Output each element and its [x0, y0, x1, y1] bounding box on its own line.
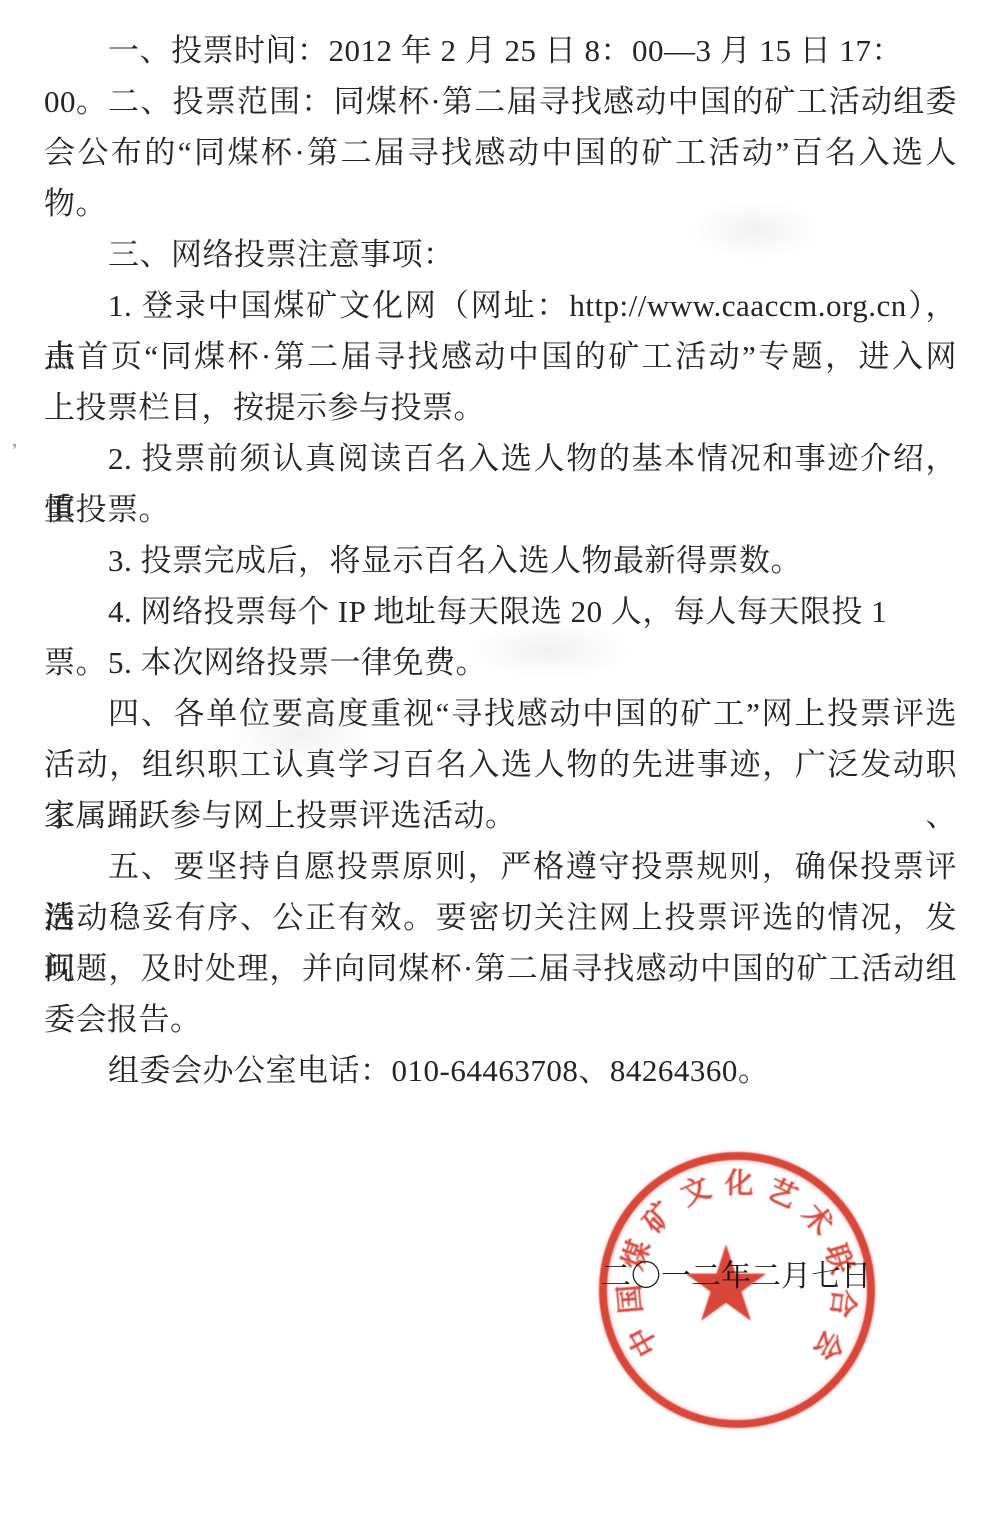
scan-speck-artifact: ’: [10, 440, 20, 464]
document-line: 2. 投票前须认真阅读百名入选人物的基本情况和事迹介绍，慎: [44, 433, 957, 484]
scanned-document-page: 一、投票时间：2012 年 2 月 25 日 8：00—3 月 15 日 17：…: [0, 0, 1000, 1513]
document-line: 活动，组织职工认真学习百名入选人物的先进事迹，广泛发动职工、: [44, 739, 957, 790]
date-stamp: 二〇一二年二月七日: [601, 1261, 871, 1293]
seal-character: 化: [721, 1166, 758, 1203]
scan-smudge: [230, 700, 370, 770]
seal-character: 文: [672, 1169, 719, 1216]
document-line: 四、各单位要高度重视“寻找感动中国的矿工”网上投票评选: [44, 688, 957, 739]
document-line: 重投票。: [44, 484, 957, 535]
document-line: 击首页“同煤杯·第二届寻找感动中国的矿工活动”专题，进入网: [44, 331, 957, 382]
seal-character: 矿: [634, 1192, 685, 1243]
document-line: 上投票栏目，按提示参与投票。: [44, 382, 957, 433]
document-line: 二、投票范围：同煤杯·第二届寻找感动中国的矿工活动组委: [44, 76, 957, 127]
scan-smudge: [690, 200, 820, 260]
document-line: 问题，及时处理，并向同煤杯·第二届寻找感动中国的矿工活动组: [44, 943, 957, 994]
document-line: 委会报告。: [44, 994, 957, 1045]
seal-character: 术: [792, 1195, 843, 1246]
document-line: 3. 投票完成后，将显示百名入选人物最新得票数。: [44, 535, 957, 586]
seal-character: 会: [803, 1320, 852, 1369]
document-line: 组委会办公室电话：010-64463708、84264360。: [44, 1045, 957, 1096]
document-line: 三、网络投票注意事项：: [44, 229, 957, 280]
document-line: 物。: [44, 178, 957, 229]
document-line: 1. 登录中国煤矿文化网（网址：http://www.caaccm.org.cn…: [44, 280, 957, 331]
document-line: 一、投票时间：2012 年 2 月 25 日 8：00—3 月 15 日 17：…: [44, 25, 957, 76]
document-body: 一、投票时间：2012 年 2 月 25 日 8：00—3 月 15 日 17：…: [44, 25, 957, 1096]
document-line: 会公布的“同煤杯·第二届寻找感动中国的矿工活动”百名入选人: [44, 127, 957, 178]
document-line: 五、要坚持自愿投票原则，严格遵守投票规则，确保投票评选: [44, 841, 957, 892]
seal-character: 中: [620, 1317, 669, 1366]
document-line: 活动稳妥有序、公正有效。要密切关注网上投票评选的情况，发现: [44, 892, 957, 943]
scan-smudge: [470, 620, 630, 680]
